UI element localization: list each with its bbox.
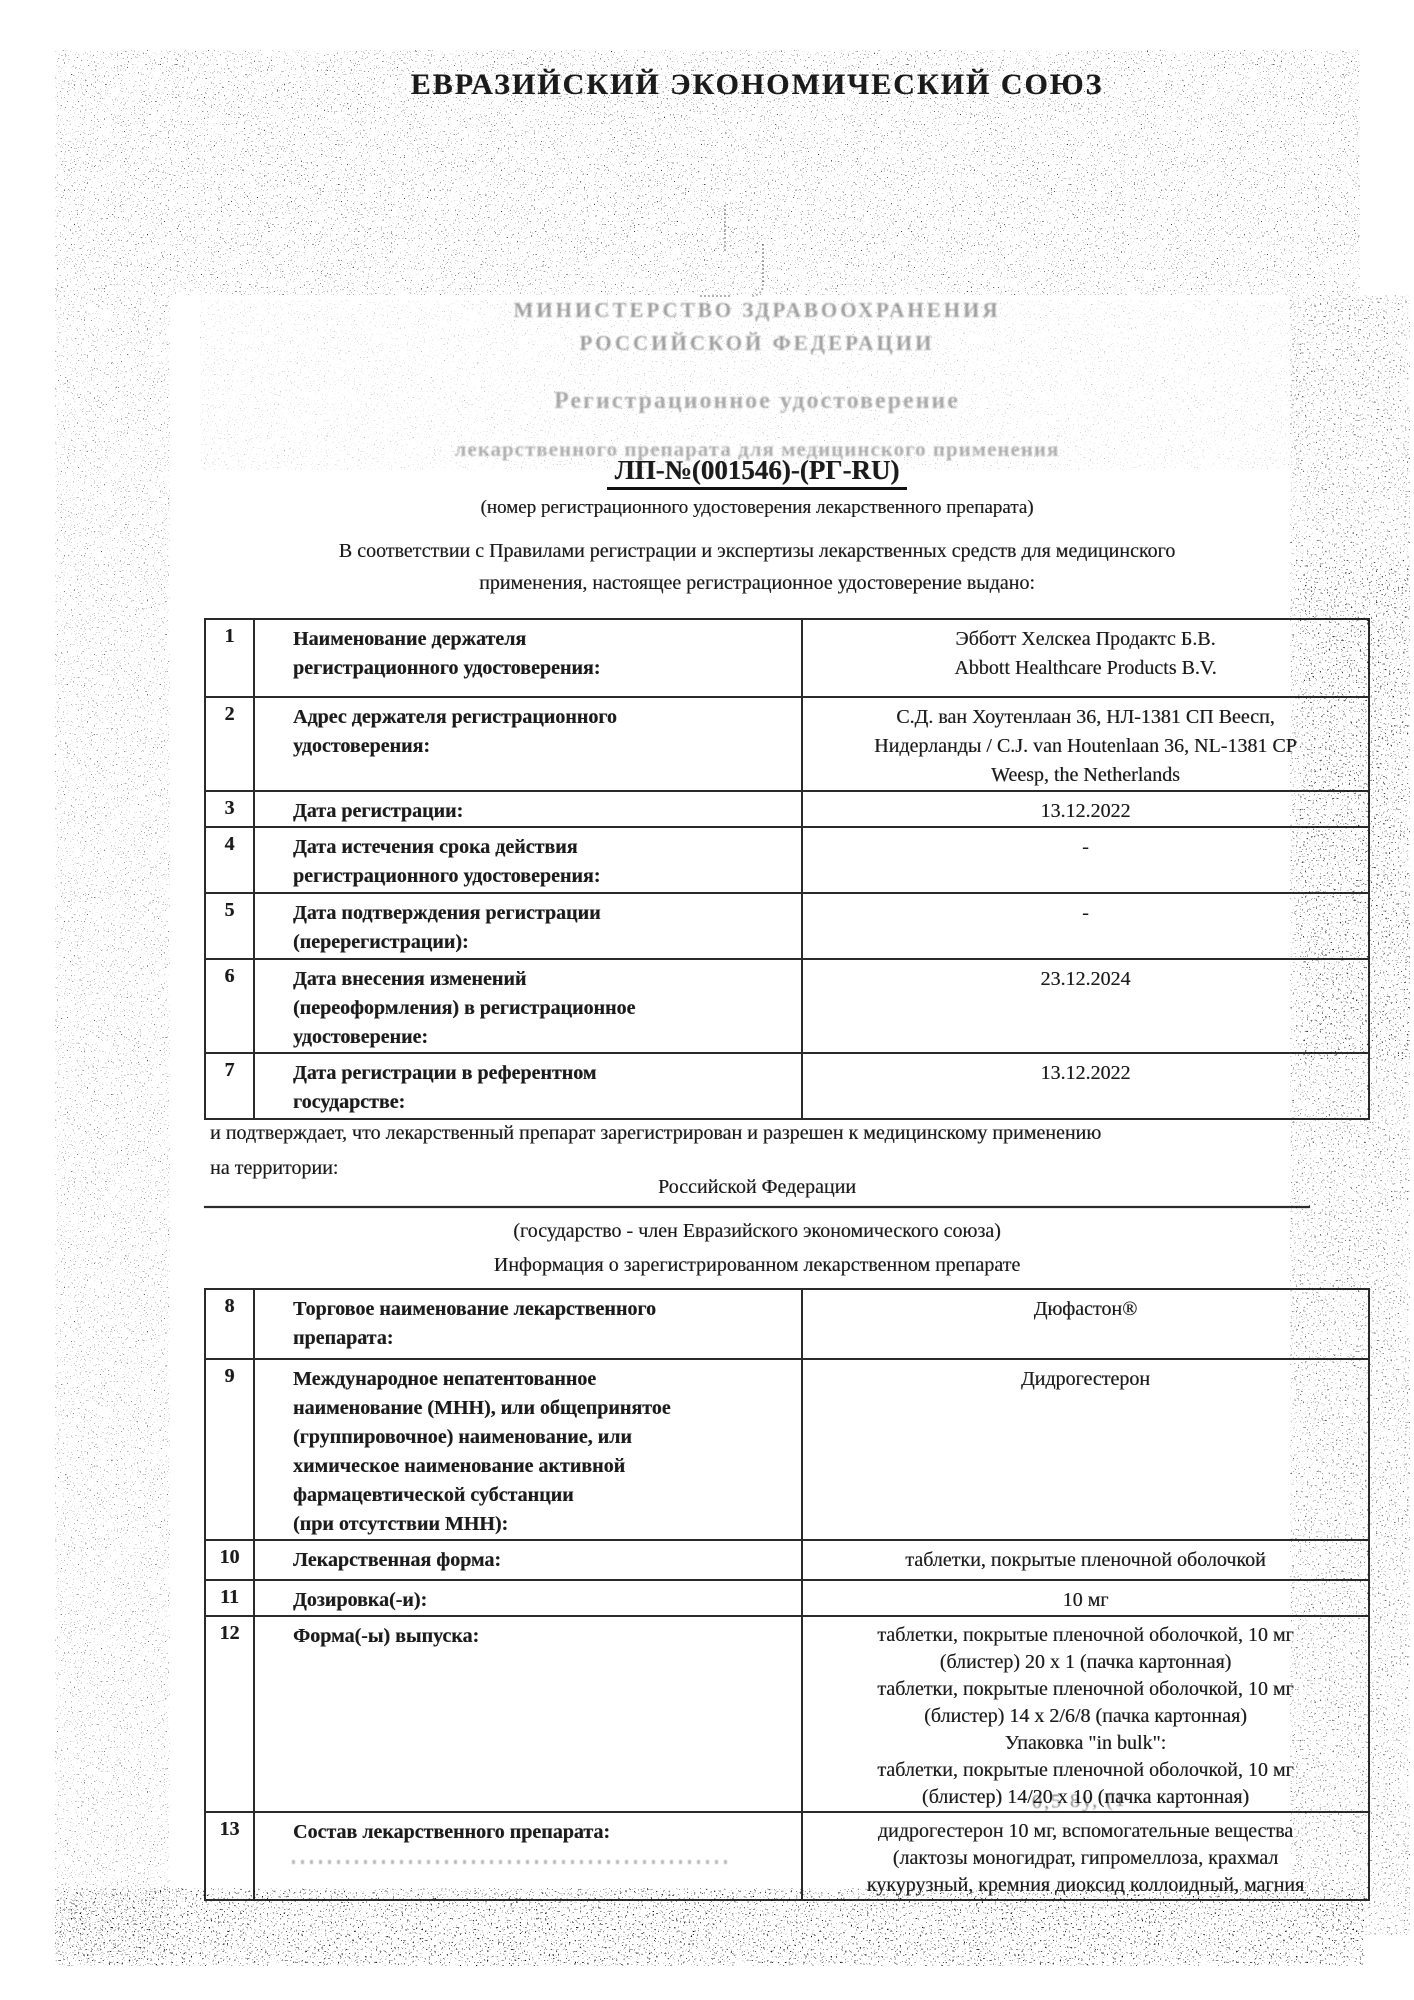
row-value: С.Д. ван Хоутенлаан 36, НЛ-1381 СП Веесп… [802, 697, 1369, 791]
ghost-print-fragment: 0,5 8у, (1 [1032, 1789, 1127, 1814]
row-value: 13.12.2022 [802, 791, 1369, 827]
registration-certificate-scan: ЕВРАЗИЙСКИЙ ЭКОНОМИЧЕСКИЙ СОЮЗ МИНИСТЕРС… [0, 0, 1414, 2000]
registration-number-text: ЛП-№(001546)-(РГ-RU) [607, 455, 908, 490]
row-value: таблетки, покрытые пленочной оболочкой [802, 1540, 1369, 1580]
row-value: дидрогестерон 10 мг, вспомогательные вещ… [802, 1812, 1369, 1900]
ministry-name: МИНИСТЕРСТВО ЗДРАВООХРАНЕНИЯ РОССИЙСКОЙ … [204, 294, 1310, 360]
row-number: 2 [205, 697, 254, 791]
ghost-text-smudge [292, 1860, 732, 1864]
row-label: Наименование держателя регистрационного … [254, 619, 802, 697]
row-value: 23.12.2024 [802, 959, 1369, 1053]
row-number: 10 [205, 1540, 254, 1580]
intro-paragraph: В соответствии с Правилами регистрации и… [204, 535, 1310, 599]
table-row: 9 Международное непатентованное наименов… [205, 1359, 1369, 1540]
product-table: 8 Торговое наименование лекарственного п… [204, 1288, 1370, 1901]
row-number: 4 [205, 827, 254, 893]
row-number: 12 [205, 1616, 254, 1812]
registration-number: ЛП-№(001546)-(РГ-RU) [204, 455, 1310, 490]
row-label: Дата истечения срока действия регистраци… [254, 827, 802, 893]
row-label: Лекарственная форма: [254, 1540, 802, 1580]
registration-number-caption: (номер регистрационного удостоверения ле… [204, 497, 1310, 519]
territory-name: Российской Федерации [204, 1176, 1310, 1199]
row-number: 8 [205, 1289, 254, 1359]
row-value: 13.12.2022 [802, 1053, 1369, 1119]
row-number: 11 [205, 1580, 254, 1616]
row-number: 1 [205, 619, 254, 697]
table-row: 7 Дата регистрации в референтном государ… [205, 1053, 1369, 1119]
table-row: 6 Дата внесения изменений (переоформлени… [205, 959, 1369, 1053]
row-label: Торговое наименование лекарственного пре… [254, 1289, 802, 1359]
row-label: Дата подтверждения регистрации (перереги… [254, 893, 802, 959]
row-label: Дата регистрации в референтном государст… [254, 1053, 802, 1119]
table-row: 1 Наименование держателя регистрационног… [205, 619, 1369, 697]
row-number: 3 [205, 791, 254, 827]
row-label: Адрес держателя регистрационного удостов… [254, 697, 802, 791]
row-label: Дозировка(-и): [254, 1580, 802, 1616]
certificate-title: Регистрационное удостоверение [204, 388, 1310, 415]
table-row: 4 Дата истечения срока действия регистра… [205, 827, 1369, 893]
table-row: 13 Состав лекарственного препарата: дидр… [205, 1812, 1369, 1900]
row-value: - [802, 827, 1369, 893]
holder-table: 1 Наименование держателя регистрационног… [204, 618, 1370, 1120]
row-label: Форма(-ы) выпуска: [254, 1616, 802, 1812]
row-value: Дюфастон® [802, 1289, 1369, 1359]
territory-caption: (государство - член Евразийского экономи… [204, 1220, 1310, 1243]
row-number: 6 [205, 959, 254, 1053]
row-number: 7 [205, 1053, 254, 1119]
row-label: Международное непатентованное наименован… [254, 1359, 802, 1540]
faded-emblem [700, 205, 764, 305]
table-row: 10 Лекарственная форма: таблетки, покрыт… [205, 1540, 1369, 1580]
row-label: Состав лекарственного препарата: [254, 1812, 802, 1900]
row-value: 10 мг [802, 1580, 1369, 1616]
territory-underline [204, 1206, 1310, 1208]
row-label: Дата регистрации: [254, 791, 802, 827]
union-header: ЕВРАЗИЙСКИЙ ЭКОНОМИЧЕСКИЙ СОЮЗ [204, 68, 1310, 102]
row-number: 5 [205, 893, 254, 959]
table-row: 2 Адрес держателя регистрационного удост… [205, 697, 1369, 791]
table-row: 5 Дата подтверждения регистрации (перере… [205, 893, 1369, 959]
table-row: 8 Торговое наименование лекарственного п… [205, 1289, 1369, 1359]
row-value: таблетки, покрытые пленочной оболочкой, … [802, 1616, 1369, 1812]
table-row: 11 Дозировка(-и): 10 мг [205, 1580, 1369, 1616]
row-label: Дата внесения изменений (переоформления)… [254, 959, 802, 1053]
table-row: 12 Форма(-ы) выпуска: таблетки, покрытые… [205, 1616, 1369, 1812]
row-value: Эбботт Хелскеа Продактс Б.В. Abbott Heal… [802, 619, 1369, 697]
row-number: 13 [205, 1812, 254, 1900]
table-row: 3 Дата регистрации: 13.12.2022 [205, 791, 1369, 827]
product-info-title: Информация о зарегистрированном лекарств… [204, 1254, 1310, 1277]
row-value: Дидрогестерон [802, 1359, 1369, 1540]
row-value: - [802, 893, 1369, 959]
row-number: 9 [205, 1359, 254, 1540]
